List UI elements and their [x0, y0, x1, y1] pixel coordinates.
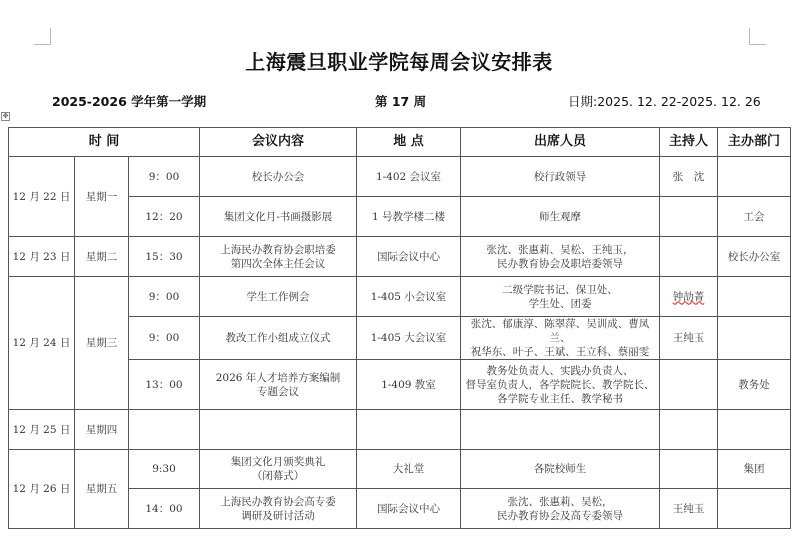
header-department: 主办部门 [718, 128, 791, 157]
header-host: 主持人 [660, 128, 718, 157]
crop-mark-top-right [749, 28, 766, 45]
weekday-cell: 星期四 [75, 410, 129, 450]
weekday-cell: 星期五 [75, 450, 129, 529]
header-location: 地 点 [357, 128, 461, 157]
attendees-line: 张沈、张惠莉、吴松， [463, 495, 657, 509]
department-cell [718, 277, 791, 317]
date-range-label: 日期:2025. 12. 22-2025. 12. 26 [568, 92, 761, 110]
host-cell: 王纯玉 [660, 489, 718, 529]
document-title: 上海震旦职业学院每周会议安排表 [0, 46, 798, 75]
content-cell: 集团文化月颁奖典礼 （闭幕式） [200, 450, 357, 489]
content-cell: 上海民办教育协会高专委 调研及研讨活动 [200, 489, 357, 529]
host-cell: 张 沈 [660, 157, 718, 197]
host-cell [660, 360, 718, 410]
location-cell: 1-405 大会议室 [357, 317, 461, 360]
content-cell: 2026 年人才培养方案编制 专题会议 [200, 360, 357, 410]
department-cell [718, 157, 791, 197]
date-cell: 12 月 26 日 [9, 450, 75, 529]
attendees-cell: 各院校师生 [461, 450, 660, 489]
content-line: 第四次全体主任会议 [202, 257, 354, 271]
location-cell: 大礼堂 [357, 450, 461, 489]
table-header-row: 时 间 会议内容 地 点 出席人员 主持人 主办部门 [9, 128, 791, 157]
host-name: 钟劼菁 [673, 291, 705, 303]
content-line: 上海民办教育协会高专委 [202, 495, 354, 509]
attendees-line: 民办教育协会及高专委领导 [463, 509, 657, 523]
table-row: 12 月 26 日 星期五 9:30 集团文化月颁奖典礼 （闭幕式） 大礼堂 各… [9, 450, 791, 489]
host-cell [660, 237, 718, 277]
attendees-line: 张沈、张惠莉、吴松、王纯玉， [463, 243, 657, 257]
date-cell: 12 月 24 日 [9, 277, 75, 410]
department-cell: 集团 [718, 450, 791, 489]
location-cell: 1 号教学楼二楼 [357, 197, 461, 237]
table-row: 12 月 24 日 星期三 9：00 学生工作例会 1-405 小会议室 二级学… [9, 277, 791, 317]
content-line: 集团文化月颁奖典礼 [202, 455, 354, 469]
location-cell: 国际会议中心 [357, 489, 461, 529]
content-line: 2026 年人才培养方案编制 [202, 371, 354, 385]
attendees-cell: 二级学院书记、保卫处、 学生处、团委 [461, 277, 660, 317]
department-cell [718, 317, 791, 360]
content-line: 调研及研讨活动 [202, 509, 354, 523]
header-content: 会议内容 [200, 128, 357, 157]
header-attendees: 出席人员 [461, 128, 660, 157]
attendees-cell: 校行政领导 [461, 157, 660, 197]
header-time: 时 间 [9, 128, 200, 157]
attendees-line: 张沈、郁康淳、陈翠萍、吴训成、曹凤兰、 [463, 317, 657, 345]
week-label: 第 17 周 [375, 92, 426, 110]
host-cell: 钟劼菁 [660, 277, 718, 317]
attendees-line: 各学院专业主任、教学秘书 [463, 392, 657, 406]
date-cell: 12 月 25 日 [9, 410, 75, 450]
department-cell: 校长办公室 [718, 237, 791, 277]
host-cell [660, 450, 718, 489]
meeting-schedule-table: 时 间 会议内容 地 点 出席人员 主持人 主办部门 12 月 22 日 星期一… [8, 127, 791, 529]
time-cell: 9：00 [129, 157, 200, 197]
content-cell: 上海民办教育协会职培委 第四次全体主任会议 [200, 237, 357, 277]
time-cell: 13：00 [129, 360, 200, 410]
date-cell: 12 月 22 日 [9, 157, 75, 237]
semester-label: 2025-2026 学年第一学期 [52, 92, 206, 110]
crop-mark-top-left [34, 28, 51, 45]
host-cell [660, 197, 718, 237]
department-cell: 教务处 [718, 360, 791, 410]
content-line: （闭幕式） [202, 469, 354, 483]
time-cell: 9：00 [129, 317, 200, 360]
time-cell: 9:30 [129, 450, 200, 489]
attendees-cell: 张沈、张惠莉、吴松、王纯玉， 民办教育协会及职培委领导 [461, 237, 660, 277]
attendees-cell: 张沈、郁康淳、陈翠萍、吴训成、曹凤兰、 祝华东、叶子、王斌、王立科、蔡丽雯 [461, 317, 660, 360]
table-row: 12 月 23 日 星期二 15：30 上海民办教育协会职培委 第四次全体主任会… [9, 237, 791, 277]
department-cell: 工会 [718, 197, 791, 237]
location-cell: 国际会议中心 [357, 237, 461, 277]
location-cell: 1-405 小会议室 [357, 277, 461, 317]
content-cell [200, 410, 357, 450]
weekday-cell: 星期一 [75, 157, 129, 237]
attendees-line: 教务处负责人、实践办负责人、 [463, 364, 657, 378]
date-cell: 12 月 23 日 [9, 237, 75, 277]
host-cell: 王纯玉 [660, 317, 718, 360]
attendees-line: 学生处、团委 [463, 297, 657, 311]
weekday-cell: 星期三 [75, 277, 129, 410]
attendees-cell [461, 410, 660, 450]
department-cell [718, 489, 791, 529]
weekday-cell: 星期二 [75, 237, 129, 277]
attendees-line: 二级学院书记、保卫处、 [463, 283, 657, 297]
table-row: 12 月 25 日 星期四 [9, 410, 791, 450]
content-cell: 教改工作小组成立仪式 [200, 317, 357, 360]
content-line: 专题会议 [202, 385, 354, 399]
time-cell: 12：20 [129, 197, 200, 237]
attendees-cell: 师生观摩 [461, 197, 660, 237]
attendees-cell: 教务处负责人、实践办负责人、 督导室负责人，各学院院长、教学院长、 各学院专业主… [461, 360, 660, 410]
attendees-line: 民办教育协会及职培委领导 [463, 257, 657, 271]
attendees-line: 祝华东、叶子、王斌、王立科、蔡丽雯 [463, 345, 657, 359]
attendees-cell: 张沈、张惠莉、吴松， 民办教育协会及高专委领导 [461, 489, 660, 529]
attendees-line: 督导室负责人，各学院院长、教学院长、 [463, 378, 657, 392]
department-cell [718, 410, 791, 450]
time-cell [129, 410, 200, 450]
content-cell: 学生工作例会 [200, 277, 357, 317]
location-cell [357, 410, 461, 450]
content-line: 上海民办教育协会职培委 [202, 243, 354, 257]
content-cell: 集团文化月-书画摄影展 [200, 197, 357, 237]
table-row: 12 月 22 日 星期一 9：00 校长办公会 1-402 会议室 校行政领导… [9, 157, 791, 197]
content-cell: 校长办公会 [200, 157, 357, 197]
host-cell [660, 410, 718, 450]
table-move-handle-icon[interactable]: ✥ [1, 112, 10, 121]
location-cell: 1-402 会议室 [357, 157, 461, 197]
location-cell: 1-409 教室 [357, 360, 461, 410]
time-cell: 9：00 [129, 277, 200, 317]
time-cell: 15：30 [129, 237, 200, 277]
time-cell: 14：00 [129, 489, 200, 529]
